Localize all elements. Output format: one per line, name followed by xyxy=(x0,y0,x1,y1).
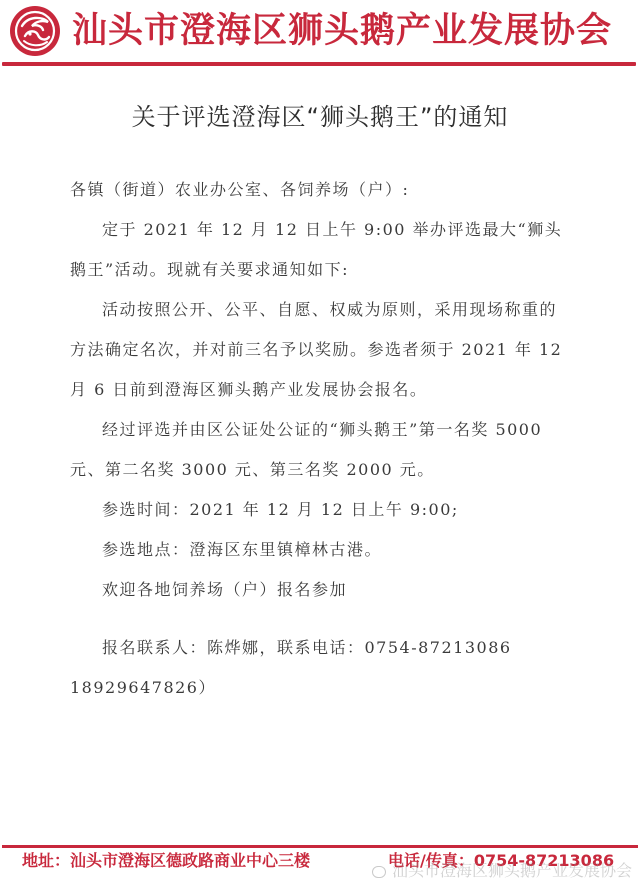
header-divider xyxy=(2,62,636,66)
paragraph-welcome: 欢迎各地饲养场（户）报名参加 xyxy=(70,570,570,610)
contact-info: 报名联系人：陈烨娜，联系电话：0754-87213086 18929647826… xyxy=(70,628,570,708)
salutation: 各镇（街道）农业办公室、各饲养场（户）: xyxy=(70,170,570,210)
wechat-icon xyxy=(372,866,386,878)
contact-block: 报名联系人：陈烨娜，联系电话：0754-87213086 18929647826… xyxy=(70,628,570,708)
notice-title: 关于评选澄海区“狮头鹅王”的通知 xyxy=(0,102,640,132)
org-name: 汕头市澄海区狮头鹅产业发展协会 xyxy=(72,8,612,54)
footer-address: 地址：汕头市澄海区德政路商业中心三楼 xyxy=(22,851,310,870)
watermark: 汕头市澄海区狮头鹅产业发展协会 xyxy=(372,862,632,878)
watermark-text: 汕头市澄海区狮头鹅产业发展协会 xyxy=(392,861,632,878)
paragraph-location: 参选地点：澄海区东里镇樟林古港。 xyxy=(70,530,570,570)
footer-divider xyxy=(2,845,638,848)
paragraph-time: 参选时间：2021 年 12 月 12 日上午 9:00; xyxy=(70,490,570,530)
paragraph-rules: 活动按照公开、公平、自愿、权威为原则，采用现场称重的方法确定名次，并对前三名予以… xyxy=(70,290,570,410)
paragraph-prizes: 经过评选并由区公证处公证的“狮头鹅王”第一名奖 5000 元、第二名奖 3000… xyxy=(70,410,570,490)
letterhead: 汕头市澄海区狮头鹅产业发展协会 xyxy=(0,0,640,62)
notice-body: 各镇（街道）农业办公室、各饲养场（户）: 定于 2021 年 12 月 12 日… xyxy=(70,170,570,610)
goose-logo-icon xyxy=(10,6,60,56)
paragraph-intro: 定于 2021 年 12 月 12 日上午 9:00 举办评选最大“狮头鹅王”活… xyxy=(70,210,570,290)
